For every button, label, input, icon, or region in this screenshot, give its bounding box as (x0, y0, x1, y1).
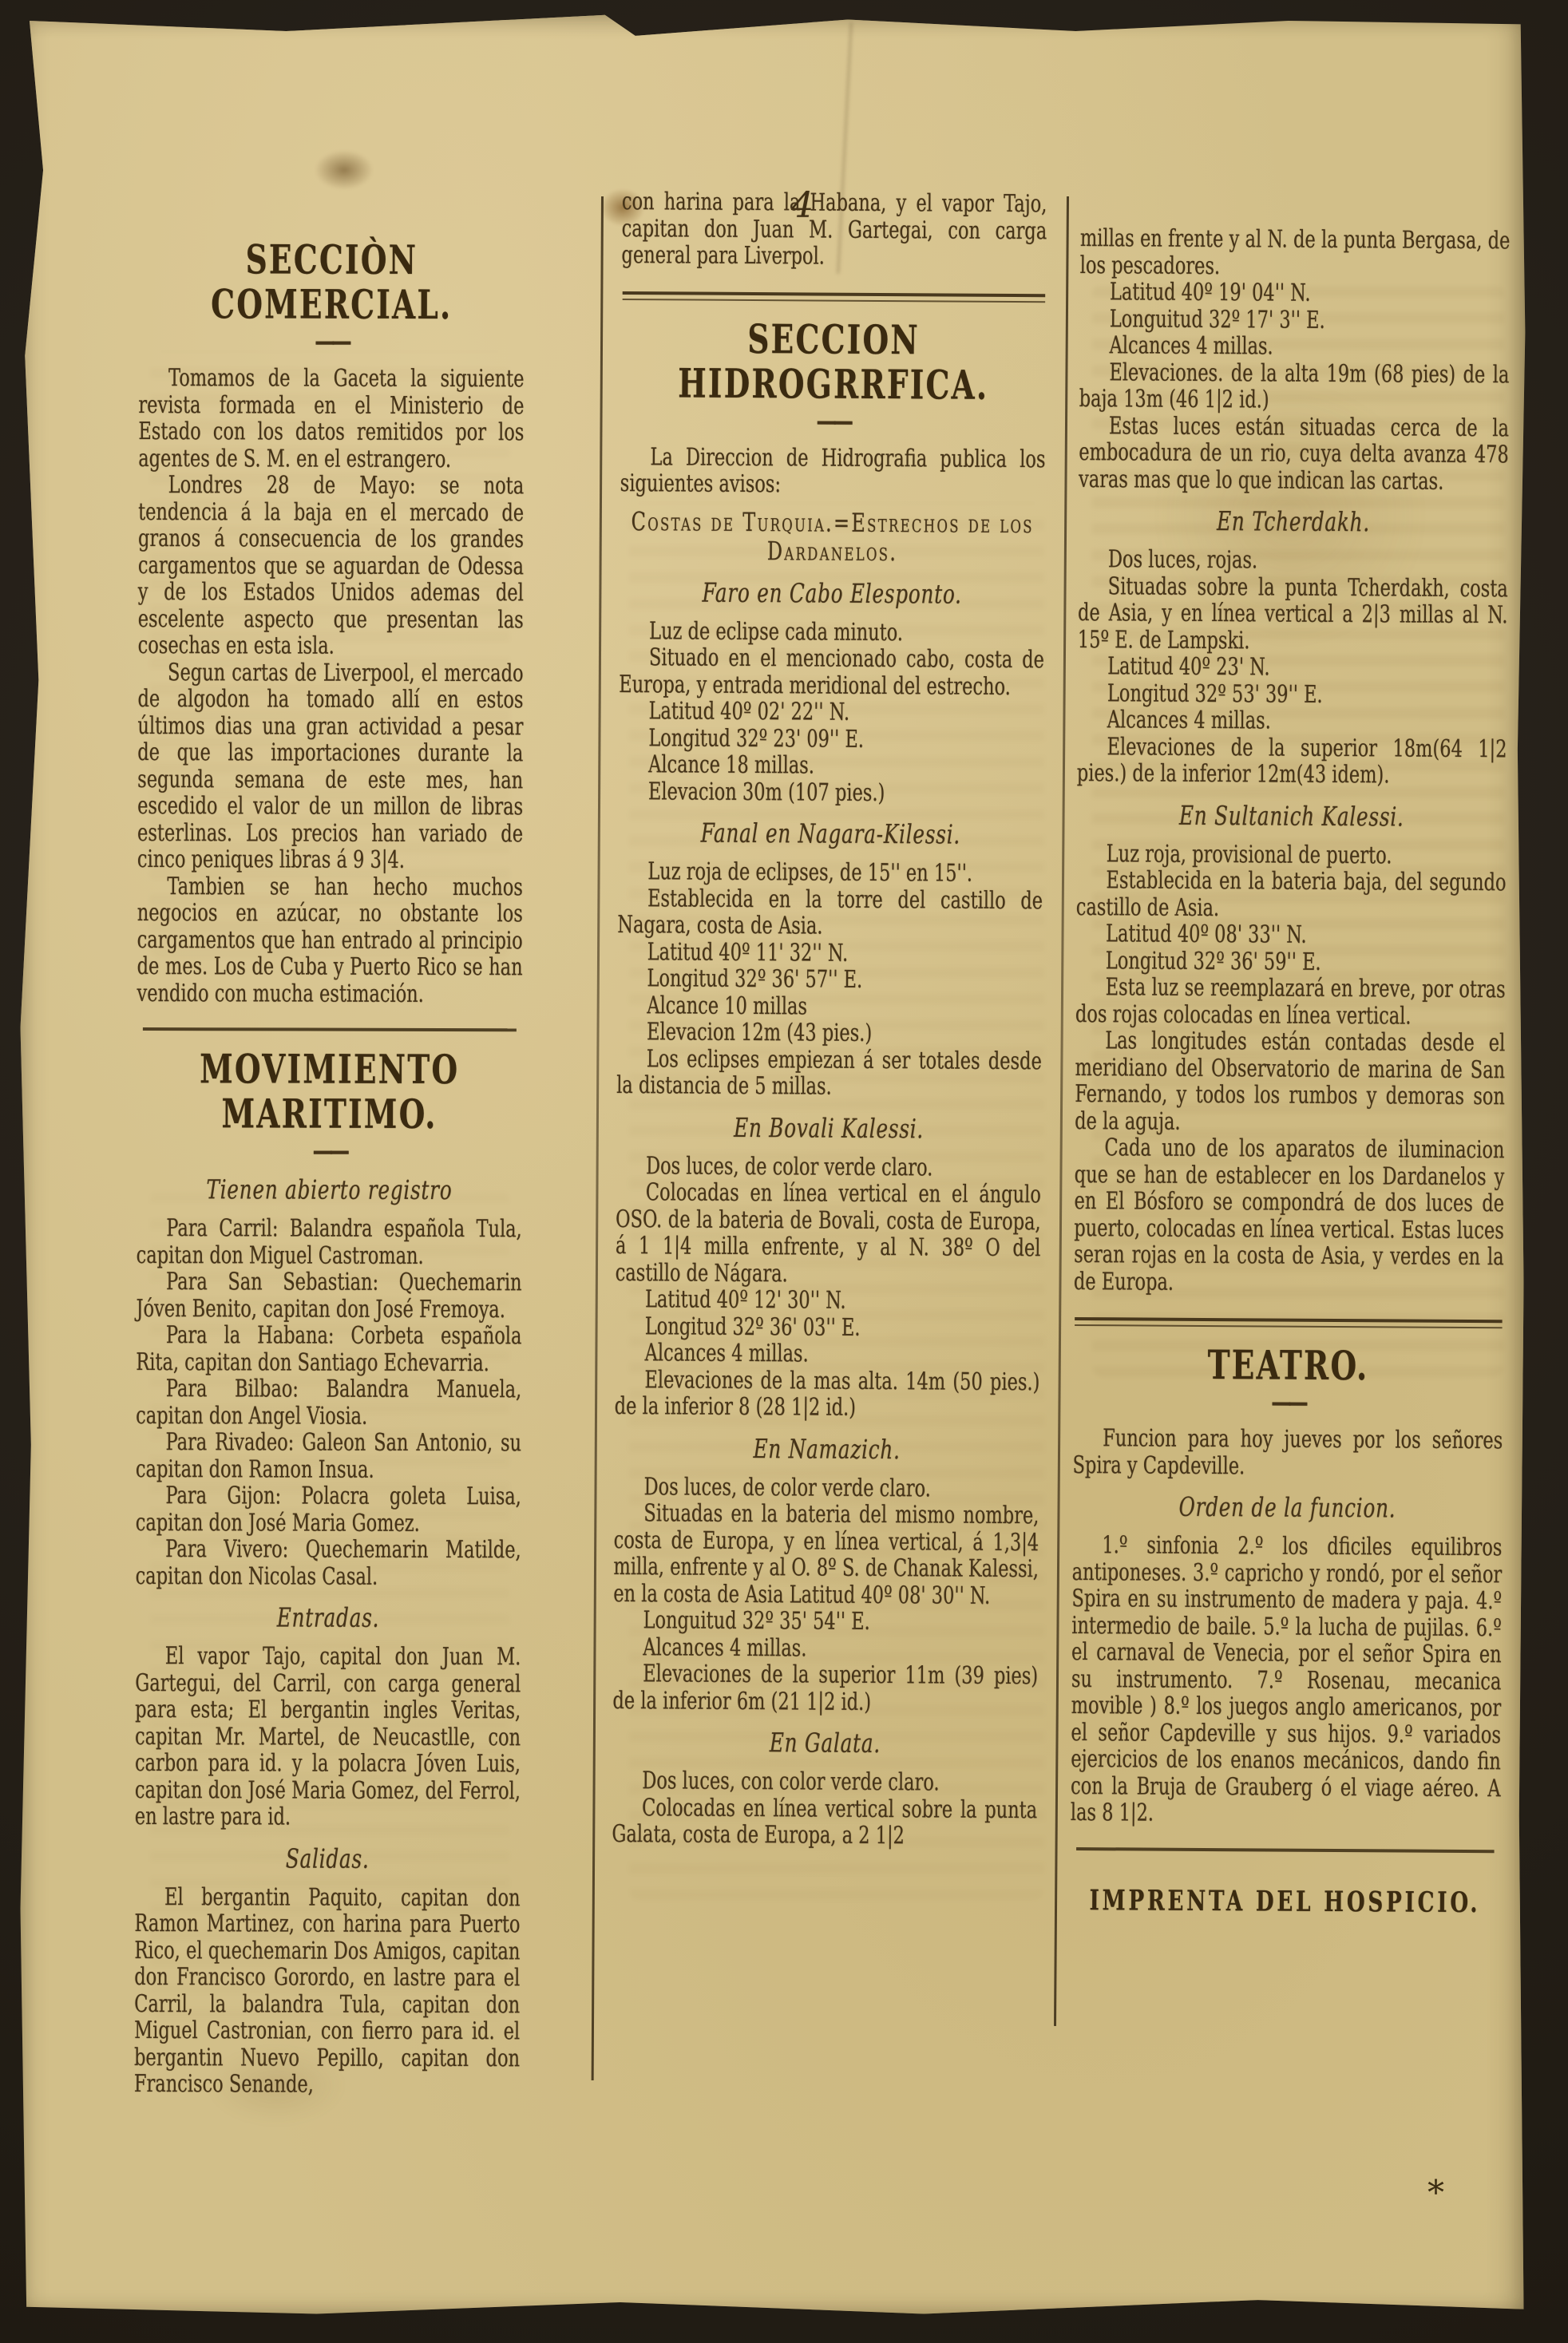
longitud-line: Longuitud 32º 17' 3'' E. (1079, 305, 1510, 334)
column-divider-right (1054, 196, 1069, 2026)
paragraph: Luz de eclipse cada minuto. (620, 617, 1045, 647)
paragraph: Situadas sobre la punta Tcherdakh, costa… (1078, 572, 1508, 655)
asterisk-mark: * (1427, 2173, 1444, 2212)
paragraph: Dos luces, rojas. (1078, 546, 1508, 576)
movimiento-maritimo-heading: MOVIMIENTO MARITIMO. (137, 1047, 522, 1137)
paragraph: Para Carril: Balandra española Tula, cap… (137, 1215, 522, 1269)
heading-dash: —— (139, 331, 525, 351)
fanal-nagara-subheading: Fanal en Nagara-Kilessi. (618, 817, 1043, 849)
paragraph: Dos luces, de color verde claro. (616, 1152, 1041, 1181)
costas-turquia-subheading: Costas de Turquia.=Estrechos de los Dard… (620, 506, 1045, 566)
longitud-line: Longitud 32º 36' 03'' E. (615, 1312, 1040, 1342)
paragraph: Londres 28 de Mayo: se nota tendencia á … (138, 472, 525, 660)
paragraph: Dos luces, de color verde claro. (614, 1473, 1039, 1502)
paragraph: Situado en el mencionado cabo, costa de … (619, 644, 1044, 700)
column-divider-left (592, 196, 604, 2080)
galata-subheading: En Galata. (612, 1727, 1038, 1759)
paper-sheet: 4 SECCIÒN COMERCIAL.——Tomamos de la Gace… (13, 8, 1531, 2325)
paragraph: Tomamos de la Gaceta la siguiente revist… (138, 365, 524, 473)
faro-elesponto-subheading: Faro en Cabo Elesponto. (620, 576, 1045, 608)
heading-dash: —— (1073, 1391, 1503, 1413)
imprenta-rule (1076, 1847, 1495, 1853)
longitud-line: Longitud 32º 53' 39'' E. (1077, 679, 1507, 709)
paragraph: El vapor Tajo, capital don Juan M. Garte… (135, 1643, 521, 1831)
paragraph: Para Bilbao: Balandra Manuela, capitan d… (136, 1375, 521, 1430)
section-divider-double-rule (623, 291, 1046, 303)
heading-dash: —— (137, 1141, 522, 1161)
paragraph: Elevaciones de la superior 18m(64 1|2 pi… (1077, 733, 1507, 789)
paragraph: Estas luces están situadas cerca de la e… (1079, 412, 1509, 495)
orden-funcion-subheading: Orden de la funcion. (1072, 1491, 1503, 1523)
section-divider-rule (143, 1027, 517, 1031)
heading-dash: —— (620, 410, 1046, 431)
paragraph: Funcion para hoy jueves por los señores … (1072, 1425, 1503, 1481)
salidas-subheading: Salidas. (135, 1842, 521, 1873)
latitud-line: Latitud 40º 02' 22'' N. (619, 698, 1044, 727)
paragraph: La Direccion de Hidrografia publica los … (620, 443, 1046, 499)
tcherdakh-subheading: En Tcherdakh. (1079, 505, 1509, 537)
newspaper-page: 4 SECCIÒN COMERCIAL.——Tomamos de la Gace… (0, 0, 1568, 2343)
teatro-heading: TEATRO. (1073, 1342, 1503, 1389)
elevacion-line: Elevacion 30m (107 pies.) (618, 778, 1043, 807)
longitud-line: Longuitud 32º 35' 54'' E. (613, 1607, 1039, 1637)
paragraph: Luz roja de eclipses, de 15'' en 15''. (618, 858, 1043, 888)
paragraph: Para Gijon: Polacra goleta Luisa, capita… (136, 1482, 521, 1537)
registro-subheading: Tienen abierto registro (137, 1174, 522, 1205)
section-divider-double-rule (1075, 1317, 1503, 1328)
paragraph: Para Vivero: Quechemarin Matilde, capita… (136, 1536, 521, 1590)
longitud-line: Longitud 32º 23' 09'' E. (619, 724, 1044, 754)
paragraph: 1.º sinfonia 2.º los dficiles equilibros… (1071, 1532, 1503, 1829)
paragraph: Segun cartas de Liverpool, el mercado de… (137, 659, 524, 873)
seccion-hidrografica-heading: SECCION HIDROGRRFICA. (620, 315, 1046, 407)
paragraph-continuation: con harina para la Habana, y el vapor Ta… (621, 188, 1047, 271)
paragraph: Los eclipses empiezan á ser totales desd… (616, 1045, 1042, 1101)
latitud-line: Latitud 40º 12' 30'' N. (615, 1286, 1040, 1316)
paragraph: Colocadas en línea vertical en el ángulo… (616, 1179, 1041, 1288)
elevacion-line: Elevacion 12m (43 pies.) (616, 1019, 1042, 1048)
sultanich-kalessi-subheading: En Sultanich Kalessi. (1076, 799, 1507, 831)
namazich-subheading: En Namazich. (614, 1432, 1039, 1464)
paragraph: Para la Habana: Corbeta española Rita, c… (136, 1322, 521, 1376)
alcance-line: Alcances 4 millas. (1079, 332, 1510, 362)
paragraph: Situadas en la bateria del mismo nombre,… (613, 1500, 1039, 1609)
bovali-kalessi-subheading: En Bovali Kalessi. (616, 1111, 1042, 1143)
longitud-line: Longitud 32º 36' 59'' E. (1075, 947, 1506, 976)
paragraph: Esta luz se reemplazará en breve, por ot… (1075, 974, 1506, 1030)
paragraph: Para San Sebastian: Quechemarin Jóven Be… (136, 1268, 521, 1323)
paragraph: Elevaciones de la superior 11m (39 pies)… (612, 1660, 1038, 1716)
column-1: SECCIÒN COMERCIAL.——Tomamos de la Gaceta… (134, 234, 525, 2099)
paragraph: Tambien se han hecho muchos negocios en … (137, 873, 522, 1007)
imprenta-line: IMPRENTA DEL HOSPICIO. (1070, 1886, 1500, 1916)
paragraph: Luz roja, provisional de puerto. (1076, 840, 1507, 869)
paragraph: Cada uno de los aparatos de iluminacion … (1074, 1134, 1505, 1297)
paragraph: El bergantin Paquito, capitan don Ramon … (134, 1883, 521, 2098)
seccion-comercial-heading: SECCIÒN COMERCIAL. (139, 237, 525, 327)
alcance-line: Alcances 4 millas. (1077, 706, 1507, 736)
paragraph: Las longitudes están contadas desde el m… (1075, 1027, 1505, 1137)
paragraph: Elevaciones. de la alta 19m (68 pies) de… (1079, 358, 1510, 414)
paragraph: Colocadas en línea vertical sobre la pun… (612, 1794, 1037, 1850)
latitud-line: Latitud 40º 19' 04'' N. (1079, 279, 1510, 308)
column-2: con harina para la Habana, y el vapor Ta… (612, 188, 1047, 1850)
paragraph: Dos luces, con color verde claro. (612, 1767, 1038, 1797)
longitud-line: Longitud 32º 36' 57'' E. (617, 965, 1043, 995)
paragraph: Establecida en la torre del castillo de … (617, 885, 1043, 940)
entradas-subheading: Entradas. (135, 1602, 521, 1633)
paragraph-continuation: millas en frente y al N. de la punta Ber… (1080, 225, 1511, 281)
latitud-line: Latitud 40º 23' N. (1078, 653, 1508, 683)
alcance-line: Alcance 10 millas (617, 991, 1043, 1021)
column-3: millas en frente y al N. de la punta Ber… (1070, 225, 1510, 1916)
alcance-line: Alcances 4 millas. (613, 1633, 1039, 1663)
latitud-line: Latitud 40º 11' 32'' N. (617, 938, 1043, 968)
paragraph: Establecida en la bateria baja, del segu… (1076, 867, 1507, 923)
paragraph: Para Rivadeo: Galeon San Antonio, su cap… (136, 1429, 521, 1483)
latitud-line: Latitud 40º 08' 33'' N. (1075, 920, 1506, 950)
alcance-line: Alcances 4 millas. (615, 1340, 1040, 1369)
paragraph: Elevaciones de la mas alta. 14m (50 pies… (615, 1366, 1040, 1422)
ink-stain (315, 150, 374, 190)
alcance-line: Alcance 18 millas. (618, 751, 1043, 781)
